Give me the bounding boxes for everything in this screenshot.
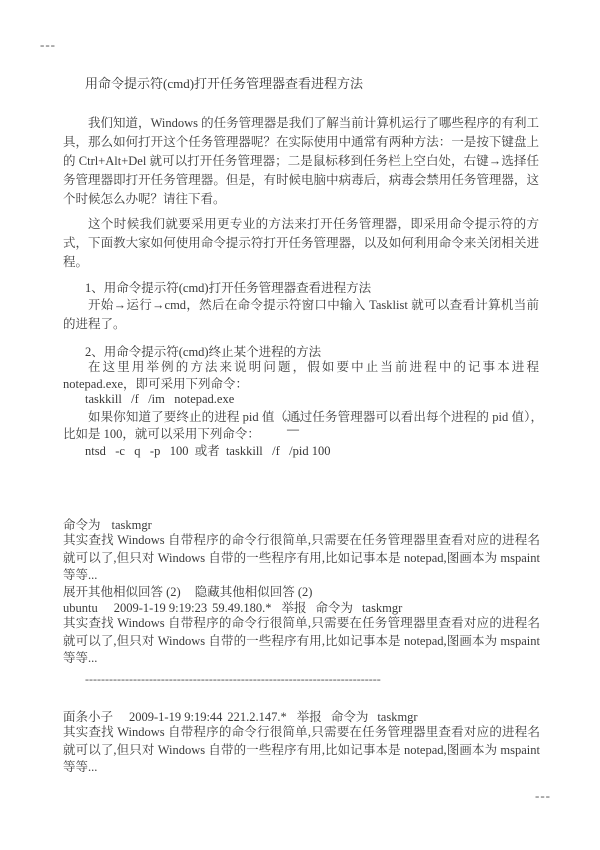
- reply-ip: 59.49.180.*: [212, 601, 271, 615]
- reply-body: 其实查找 Windows 自带程序的命令行很简单,只需要在任务管理器里查看对应的…: [63, 615, 540, 668]
- command-label: 命令为: [331, 710, 369, 724]
- reply-author: ubuntu: [63, 601, 98, 615]
- collapse-similar-answers-link[interactable]: 隐藏其他相似回答 (2): [195, 585, 313, 599]
- reply-datetime: 2009-1-19 9:19:44: [129, 710, 222, 724]
- expand-similar-answers-link[interactable]: 展开其他相似回答 (2): [63, 585, 181, 599]
- reply-datetime: 2009-1-19 9:19:23: [114, 601, 207, 615]
- answer-command-line: 命令为taskmgr: [63, 515, 152, 533]
- section2-body-1: 在这里用举例的方法来说明问题，假如要中止当前进程中的记事本进程 notepad.…: [63, 359, 539, 392]
- reply-ip: 221.2.147.*: [227, 710, 286, 724]
- section1-heading: 1、用命令提示符(cmd)打开任务管理器查看进程方法: [85, 278, 371, 296]
- section2-heading: 2、用命令提示符(cmd)终止某个进程的方法: [85, 342, 321, 360]
- intro-paragraph-2: 这个时候我们就要采用更专业的方法来打开任务管理器，即采用命令提示符的方式，下面教…: [63, 215, 539, 272]
- report-link[interactable]: 举报: [282, 601, 307, 615]
- page-corner-mark-bottom: ---: [535, 788, 551, 804]
- command-value: taskmgr: [377, 710, 417, 724]
- reply-body: 其实查找 Windows 自带程序的命令行很简单,只需要在任务管理器里查看对应的…: [63, 724, 540, 777]
- command-ntsd: ntsd -c q -p 100 或者 taskkill /f /pid 100: [85, 441, 330, 459]
- command-value: taskmgr: [362, 601, 402, 615]
- command-label: 命令为: [63, 518, 101, 532]
- report-link[interactable]: 举报: [297, 710, 322, 724]
- reply-author: 面条小子: [63, 710, 113, 724]
- reply-separator: ----------------------------------------…: [85, 672, 381, 687]
- page-corner-mark-top: ---: [40, 37, 56, 53]
- reply-meta: ubuntu2009-1-19 9:19:2359.49.180.*举报命令为t…: [63, 598, 402, 616]
- command-label: 命令为: [316, 601, 354, 615]
- command-taskkill: taskkill /f /im notepad.exe: [85, 392, 234, 407]
- command-value: taskmgr: [112, 518, 152, 532]
- section1-body: 开始→运行→cmd，然后在命令提示符窗口中输入 Tasklist 就可以查看计算…: [63, 296, 539, 334]
- answer-body: 其实查找 Windows 自带程序的命令行很简单,只需要在任务管理器里查看对应的…: [63, 532, 540, 585]
- reply-meta: 面条小子2009-1-19 9:19:44221.2.147.*举报命令为tas…: [63, 707, 418, 725]
- intro-paragraph-1: 我们知道，Windows 的任务管理器是我们了解当前计算机运行了哪些程序的有利工…: [63, 114, 539, 209]
- page-title: 用命令提示符(cmd)打开任务管理器查看进程方法: [85, 73, 363, 92]
- proofreading-dash-mark: —: [287, 422, 299, 437]
- document-page: --- 用命令提示符(cmd)打开任务管理器查看进程方法 我们知道，Window…: [0, 0, 600, 850]
